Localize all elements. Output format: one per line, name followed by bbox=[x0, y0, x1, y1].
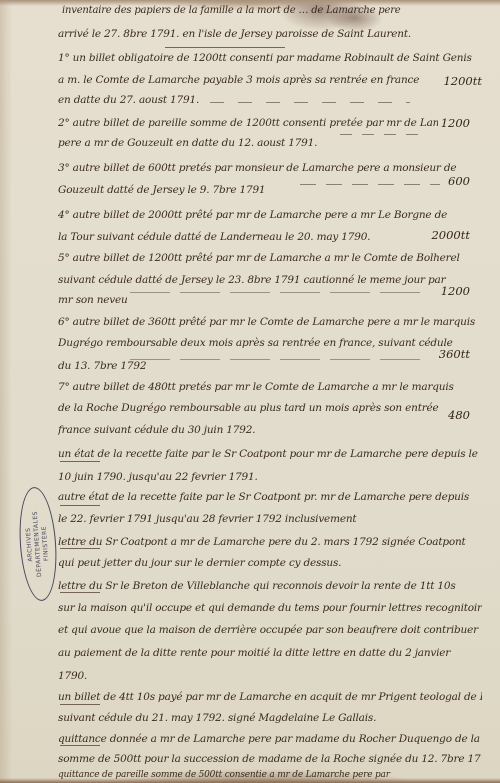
item-7-line-2: de la Roche Dugrégo remboursable au plus… bbox=[58, 401, 440, 415]
item-5-line-1: 5° autre billet de 1200tt prêté par mr d… bbox=[58, 251, 482, 265]
item-2-line-2: pere a mr de Gouzeult en datte du 12. ao… bbox=[58, 136, 482, 150]
entry-underline bbox=[60, 461, 100, 462]
letter-1-line-2: qui peut jetter du jour sur le dernier c… bbox=[58, 556, 482, 570]
billet-line-1: un billet de 4tt 10s payé par mr de Lama… bbox=[58, 690, 482, 704]
letter-2-line-2: sur la maison qu'il occupe et qui demand… bbox=[58, 601, 482, 615]
item-5-line-2: suivant cédule datté de Jersey le 23. 8b… bbox=[58, 273, 482, 287]
filler-dashes bbox=[340, 134, 420, 135]
item-1-line-1: 1° un billet obligatoire de 1200tt conse… bbox=[58, 51, 482, 65]
letter-2-line-3: et qui avoue que la maison de derrière o… bbox=[58, 623, 482, 637]
filler-dashes bbox=[130, 292, 430, 293]
item-7-line-3: france suivant cédule du 30 juin 1792. bbox=[58, 423, 482, 437]
item-4-amount: 2000tt bbox=[431, 228, 470, 242]
quittance-1-line-1: quittance donnée a mr de Lamarche pere p… bbox=[58, 732, 482, 746]
item-3-amount: 600 bbox=[448, 174, 470, 188]
item-6-line-2: Dugrégo remboursable deux mois après sa … bbox=[58, 336, 482, 350]
letter-2-line-4: au paiement de la ditte rente pour moiti… bbox=[58, 646, 482, 660]
header-line-2: arrivé le 27. 8bre 1791. en l'isle de Je… bbox=[58, 27, 482, 41]
billet-line-2: suivant cédule du 21. may 1792. signé Ma… bbox=[58, 711, 482, 725]
item-2-line-1: 2° autre billet de pareille somme de 120… bbox=[58, 116, 438, 130]
manuscript-page: ARCHIVES DÉPARTEMENTALES FINISTÈRE inven… bbox=[0, 0, 500, 783]
item-5-line-3: mr son neveu bbox=[58, 293, 482, 307]
item-3-line-2: Gouzeult datté de Jersey le 9. 7bre 1791 bbox=[58, 183, 300, 197]
item-4-line-1: 4° autre billet de 2000tt prêté par mr d… bbox=[58, 208, 482, 222]
letter-2-line-5: 1790. bbox=[58, 669, 482, 683]
filler-dashes bbox=[210, 102, 410, 103]
item-2-amount: 1200 bbox=[441, 116, 470, 130]
item-7-amount: 480 bbox=[448, 408, 470, 422]
item-7-line-1: 7° autre billet de 480tt pretés par mr l… bbox=[58, 380, 482, 394]
header-line-1: inventaire des papiers de la famille a l… bbox=[62, 4, 482, 18]
item-6-line-1: 6° autre billet de 360tt prêté par mr le… bbox=[58, 315, 482, 329]
archive-stamp-text: ARCHIVES DÉPARTEMENTALES FINISTÈRE bbox=[24, 510, 53, 578]
archive-stamp: ARCHIVES DÉPARTEMENTALES FINISTÈRE bbox=[16, 486, 60, 602]
item-4-line-2: la Tour suivant cédule datté de Landerne… bbox=[58, 230, 420, 244]
item-1-line-2: a m. le Comte de Lamarche payable 3 mois… bbox=[58, 73, 420, 87]
item-1-amount: 1200tt bbox=[443, 74, 482, 88]
account-2-line-1: autre état de la recette faite par le Sr… bbox=[58, 490, 482, 504]
entry-underline bbox=[60, 704, 100, 705]
item-6-line-3: du 13. 7bre 1792 bbox=[58, 359, 482, 373]
item-1-line-3: en datte du 27. aoust 1791. bbox=[58, 93, 482, 107]
filler-dashes bbox=[300, 184, 440, 185]
account-1-line-2: 10 juin 1790. jusqu'au 22 fevrier 1791. bbox=[58, 470, 482, 484]
quittance-1-line-2: somme de 500tt pour la succession de mad… bbox=[58, 752, 482, 766]
quittance-2-line-1: quittance de pareille somme de 500tt con… bbox=[58, 770, 482, 781]
entry-underline bbox=[60, 505, 100, 506]
letter-1-line-1: lettre du Sr Coatpont a mr de Lamarche p… bbox=[58, 535, 482, 549]
account-2-line-2: le 22. fevrier 1791 jusqu'au 28 fevrier … bbox=[58, 512, 482, 526]
account-1-line-1: un état de la recette faite par le Sr Co… bbox=[58, 447, 482, 461]
underline-isle-de-jersey bbox=[165, 47, 285, 48]
letter-2-line-1: lettre du Sr le Breton de Villeblanche q… bbox=[58, 579, 482, 593]
item-3-line-1: 3° autre billet de 600tt pretés par mons… bbox=[58, 161, 482, 175]
